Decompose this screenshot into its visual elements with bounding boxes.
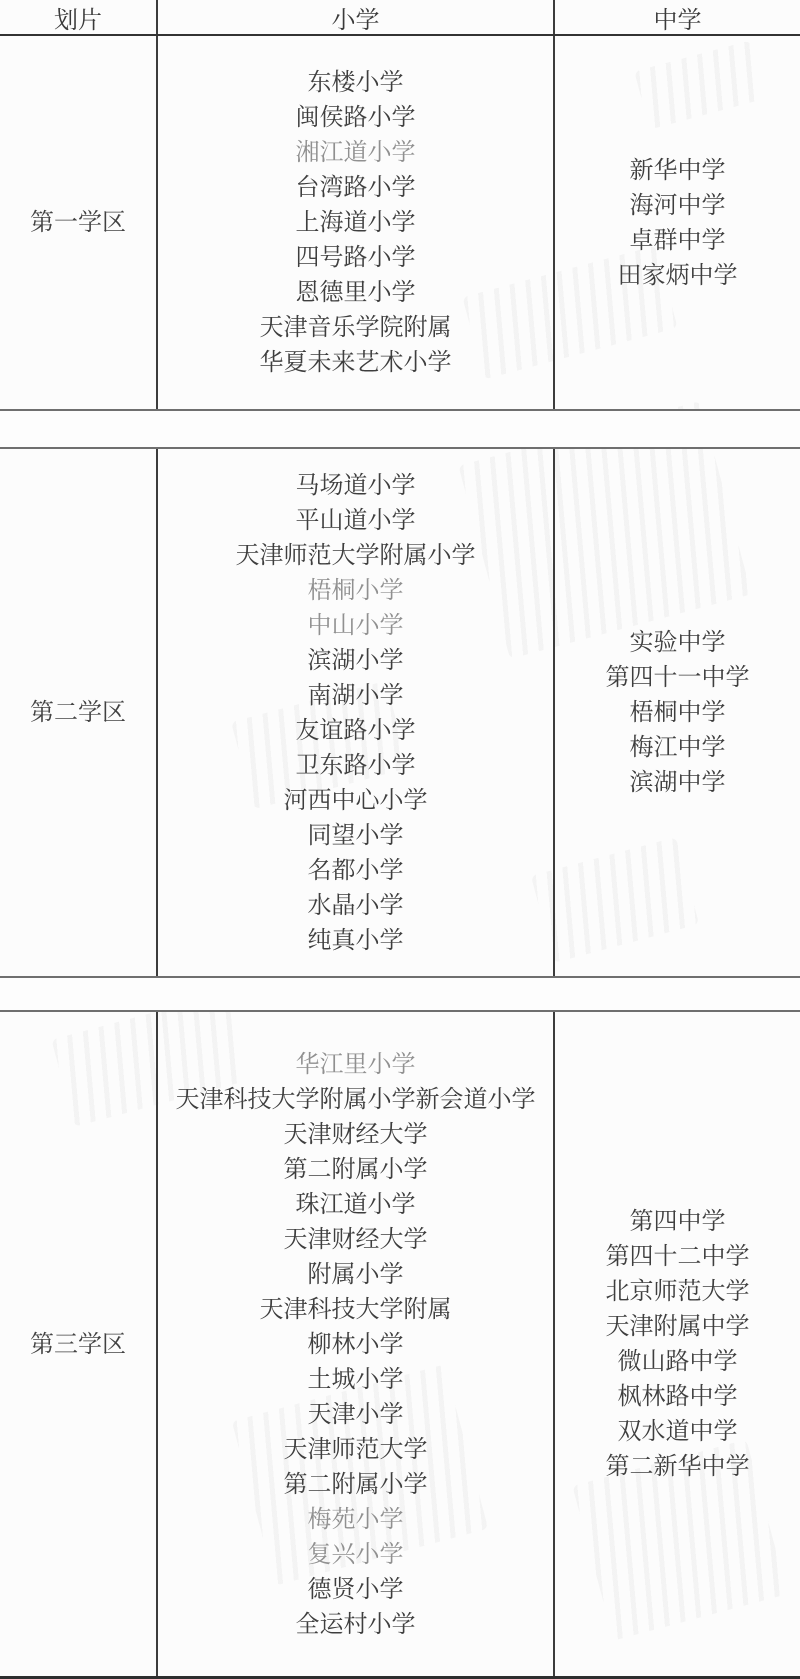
school-name: 梅江中学 [630,730,726,765]
school-name: 天津师范大学附属小学 [236,538,476,573]
school-name: 名都小学 [308,853,404,888]
school-name: 水晶小学 [308,888,404,923]
school-name: 梅苑小学 [308,1502,404,1537]
school-name: 河西中心小学 [284,783,428,818]
school-name: 天津科技大学附属 [260,1292,452,1327]
school-name: 微山路中学 [618,1344,738,1379]
school-name: 南湖小学 [308,678,404,713]
school-name: 东楼小学 [308,65,404,100]
school-name: 中山小学 [308,608,404,643]
school-name: 北京师范大学 [606,1274,750,1309]
school-name: 第二附属小学 [284,1467,428,1502]
school-name: 友谊路小学 [296,713,416,748]
section-separator-gap [0,978,800,1010]
school-name: 梧桐中学 [630,695,726,730]
school-name: 海河中学 [630,188,726,223]
school-name: 四号路小学 [296,240,416,275]
school-name: 闽侯路小学 [296,100,416,135]
section-row-district-3: 第三学区 华江里小学天津科技大学附属小学新会道小学天津财经大学第二附属小学珠江道… [0,1010,800,1679]
school-name: 天津小学 [308,1397,404,1432]
school-name: 同望小学 [308,818,404,853]
school-name: 平山道小学 [296,503,416,538]
school-name: 第二新华中学 [606,1449,750,1484]
school-name: 天津音乐学院附属 [260,310,452,345]
school-name: 全运村小学 [296,1607,416,1642]
school-name: 恩德里小学 [296,275,416,310]
column-header-district: 划片 [0,0,158,34]
school-name: 华夏未来艺术小学 [260,345,452,380]
school-name: 新华中学 [630,153,726,188]
school-name: 土城小学 [308,1362,404,1397]
school-name: 复兴小学 [308,1537,404,1572]
school-name: 卫东路小学 [296,748,416,783]
section-row-district-2: 第二学区 马场道小学平山道小学天津师范大学附属小学梧桐小学中山小学滨湖小学南湖小… [0,447,800,978]
district-label: 第一学区 [30,205,126,240]
primary-schools-cell: 东楼小学闽侯路小学湘江道小学台湾路小学上海道小学四号路小学恩德里小学天津音乐学院… [158,36,555,409]
table-header-row: 划片 小学 中学 [0,0,800,36]
school-name: 天津师范大学 [284,1432,428,1467]
school-name: 梧桐小学 [308,573,404,608]
district-cell: 第二学区 [0,449,158,976]
column-header-district-label: 划片 [54,0,102,35]
school-name: 湘江道小学 [296,135,416,170]
primary-schools-cell: 马场道小学平山道小学天津师范大学附属小学梧桐小学中山小学滨湖小学南湖小学友谊路小… [158,449,555,976]
middle-schools-cell: 新华中学海河中学卓群中学田家炳中学 [555,36,800,409]
school-name: 珠江道小学 [296,1187,416,1222]
school-name: 天津财经大学 [284,1117,428,1152]
school-name: 第二附属小学 [284,1152,428,1187]
school-name: 滨湖小学 [308,643,404,678]
school-name: 台湾路小学 [296,170,416,205]
section-separator-gap [0,411,800,447]
school-name: 上海道小学 [296,205,416,240]
middle-schools-cell: 实验中学第四十一中学梧桐中学梅江中学滨湖中学 [555,449,800,976]
school-name: 田家炳中学 [618,258,738,293]
school-name: 卓群中学 [630,223,726,258]
district-label: 第三学区 [30,1327,126,1362]
school-name: 第四十二中学 [606,1239,750,1274]
school-name: 实验中学 [630,625,726,660]
district-cell: 第一学区 [0,36,158,409]
school-name: 滨湖中学 [630,765,726,800]
school-name: 附属小学 [308,1257,404,1292]
school-name: 第四中学 [630,1204,726,1239]
school-name: 纯真小学 [308,923,404,958]
school-name: 第四十一中学 [606,660,750,695]
primary-schools-cell: 华江里小学天津科技大学附属小学新会道小学天津财经大学第二附属小学珠江道小学天津财… [158,1012,555,1676]
school-name: 天津附属中学 [606,1309,750,1344]
column-header-middle: 中学 [555,0,800,34]
school-name: 马场道小学 [296,468,416,503]
school-name: 德贤小学 [308,1572,404,1607]
column-header-primary: 小学 [158,0,555,34]
school-name: 枫林路中学 [618,1379,738,1414]
school-district-table-page: 划片 小学 中学 第一学区 东楼小学闽侯路小学湘江道小学台湾路小学上海道小学四号… [0,0,800,1679]
middle-schools-cell: 第四中学第四十二中学北京师范大学天津附属中学微山路中学枫林路中学双水道中学第二新… [555,1012,800,1676]
column-header-primary-label: 小学 [332,0,380,35]
school-name: 柳林小学 [308,1327,404,1362]
column-header-middle-label: 中学 [654,0,702,35]
school-name: 华江里小学 [296,1047,416,1082]
district-cell: 第三学区 [0,1012,158,1676]
district-label: 第二学区 [30,695,126,730]
section-row-district-1: 第一学区 东楼小学闽侯路小学湘江道小学台湾路小学上海道小学四号路小学恩德里小学天… [0,36,800,411]
school-name: 天津财经大学 [284,1222,428,1257]
school-name: 天津科技大学附属小学新会道小学 [176,1082,536,1117]
school-name: 双水道中学 [618,1414,738,1449]
